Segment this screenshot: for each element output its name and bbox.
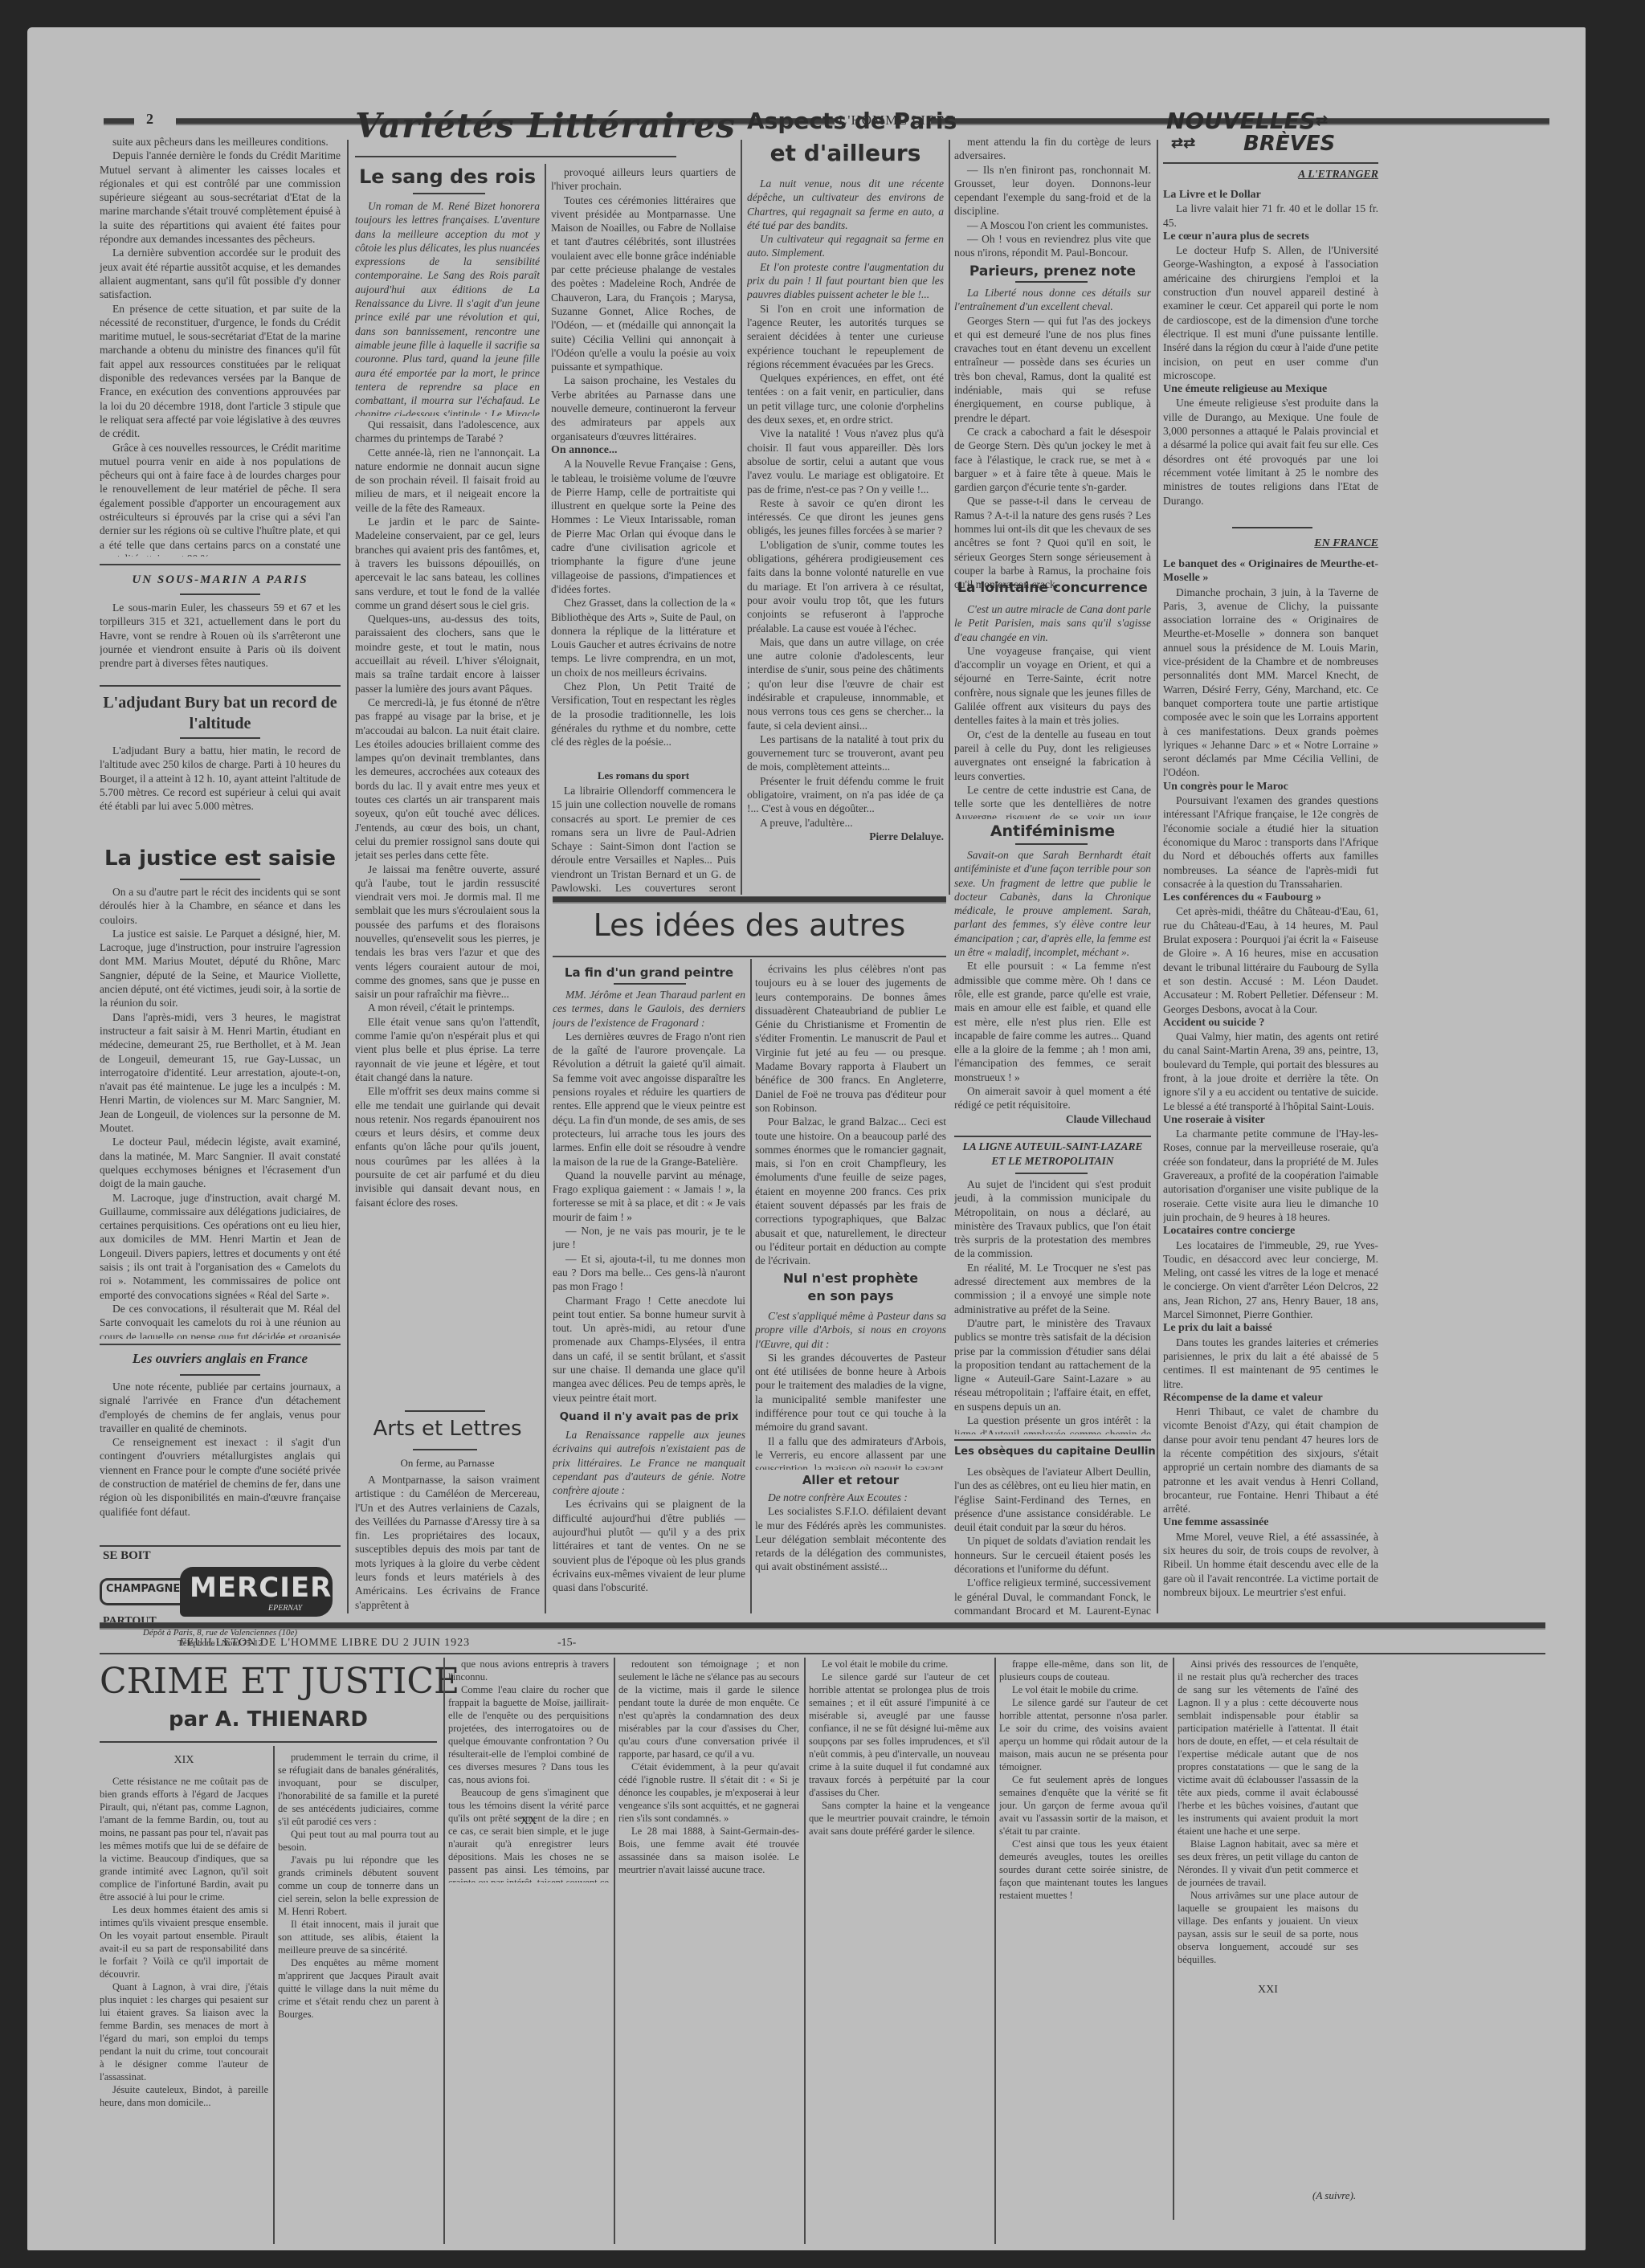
divider xyxy=(355,156,676,157)
paragraph: Il était innocent, mais il jurait que so… xyxy=(278,1918,439,1956)
paragraph: Chez Plon, Un Petit Traité de Versificat… xyxy=(551,679,736,749)
brief-text: Dimanche prochain, 3 juin, à la Taverne … xyxy=(1163,585,1378,780)
column-divider xyxy=(750,959,752,1613)
paragraph: De notre confrère Aux Ecoutes : xyxy=(755,1491,946,1504)
article-text: La librairie Ollendorff commencera le 15… xyxy=(551,784,736,896)
brief-title: La Livre et le Dollar xyxy=(1163,188,1378,202)
paragraph: Il a fallu que des admirateurs d'Arbois,… xyxy=(755,1434,946,1470)
column-divider xyxy=(545,164,546,1232)
paragraph: Une voyageuse française, qui vient d'acc… xyxy=(954,644,1151,728)
ligne-heading-1: LA LIGNE AUTEUIL-SAINT-LAZARE xyxy=(954,1140,1151,1153)
paragraph: écrivains les plus célèbres n'ont pas to… xyxy=(755,962,946,1115)
paragraph: que nous avions entrepris à travers l'in… xyxy=(448,1658,609,1683)
concurrence-heading: La lointaine concurrence xyxy=(954,580,1151,596)
paragraph: Une note récente, publiée par certains j… xyxy=(100,1380,341,1435)
ouvriers-heading: Les ouvriers anglais en France xyxy=(100,1351,341,1367)
paragraph: Ce renseignement est inexact : il s'agit… xyxy=(100,1435,341,1519)
paragraph: Georges Stern — qui fut l'as des jockeys… xyxy=(954,314,1151,425)
brief-text: La livre valait hier 71 fr. 40 et le dol… xyxy=(1163,202,1378,230)
ligne-text: Au sujet de l'incident qui s'est produit… xyxy=(954,1177,1151,1434)
paragraph: La Liberté nous donne ces détails sur l'… xyxy=(954,286,1151,314)
paragraph: De ces convocations, il résulterait que … xyxy=(100,1302,341,1339)
paragraph: A la Nouvelle Revue Française : Gens, le… xyxy=(551,457,736,596)
paragraph: Toutes ces cérémonies littéraires que vi… xyxy=(551,194,736,374)
paragraph: En présence de cette situation, et par s… xyxy=(100,302,341,441)
paragraph: Les partisans de la natalité à tout prix… xyxy=(747,732,944,774)
brief-text: Dans toutes les grandes laiteries et cré… xyxy=(1163,1336,1378,1391)
paragraph: Mais, que dans un autre village, on crée… xyxy=(747,635,944,732)
varietes-col2: provoqué ailleurs leurs quartiers de l'h… xyxy=(551,165,736,792)
divider xyxy=(100,564,341,565)
arts-heading: Arts et Lettres xyxy=(355,1417,540,1441)
ad-brand: MERCIER xyxy=(190,1572,332,1604)
ad-city: EPERNAY xyxy=(268,1604,302,1613)
feuilleton-title: CRIME ET JUSTICE xyxy=(100,1661,437,1702)
brief-title: Une femme assassinée xyxy=(1163,1515,1378,1529)
paragraph: Quand il n'y avait pas de prix... xyxy=(553,1405,745,1405)
chapter-heading: XIX xyxy=(100,1754,268,1767)
sousmarin-heading: UN SOUS-MARIN A PARIS xyxy=(100,573,341,587)
arts-subheading: On ferme, au Parnasse xyxy=(355,1457,540,1470)
paragraph: L'office religieux terminé, successiveme… xyxy=(954,1576,1151,1617)
mercier-advertisement[interactable]: SE BOIT CHAMPAGNE MERCIER EPERNAY PARTOU… xyxy=(100,1549,341,1650)
brief-text: Les locataires de l'immeuble, 29, rue Yv… xyxy=(1163,1238,1378,1322)
divider xyxy=(413,1449,477,1450)
feuilleton-number: -15- xyxy=(557,1637,576,1650)
paragraph: Le centre de cette industrie est Cana, d… xyxy=(954,783,1151,819)
feuilleton-col4: redoutent son témoignage ; et non seulem… xyxy=(618,1658,799,2244)
paragraph: — Ils n'en finiront pas, ronchonnait M. … xyxy=(954,163,1151,218)
divider xyxy=(180,594,260,595)
paragraph: A preuve, l'adultère... xyxy=(747,816,944,830)
paragraph: A mon réveil, c'était le printemps. xyxy=(355,1001,540,1014)
paragraph: Ainsi privés des ressources de l'enquête… xyxy=(1178,1658,1358,1838)
feuilleton-header: FEUILLETON DE L'HOMME LIBRE DU 2 JUIN 19… xyxy=(180,1637,470,1650)
paragraph: — Et si, ajouta-t-il, tu me donnes mon e… xyxy=(553,1252,745,1294)
paragraph: Reste à savoir ce qu'en diront les intér… xyxy=(747,496,944,538)
brief-text: Le docteur Hufp S. Allen, de l'Universit… xyxy=(1163,243,1378,382)
divider xyxy=(180,1374,260,1376)
paragraph: En réalité, M. Le Trocquer ne s'est pas … xyxy=(954,1261,1151,1316)
paragraph: — Non, je ne vais pas mourir, je te le j… xyxy=(553,1224,745,1252)
brief-title: Le prix du lait a baissé xyxy=(1163,1321,1378,1335)
brief-text: Henri Thibaut, ce valet de chambre du vi… xyxy=(1163,1405,1378,1515)
brief-title: Locataires contre concierge xyxy=(1163,1224,1378,1238)
feuilleton-col3b xyxy=(448,1834,609,2244)
paragraph: Quelques expériences, en effet, ont été … xyxy=(747,371,944,426)
paragraph: Je laissai ma fenêtre ouverte, assuré qu… xyxy=(355,863,540,1001)
paragraph: La nuit venue, nous dit une récente dépê… xyxy=(747,177,944,232)
newspaper-page: 2 L'HOMME LIBRE suite aux pêcheurs dans … xyxy=(27,27,1586,2250)
divider xyxy=(180,879,260,880)
divider xyxy=(1015,281,1088,283)
paragraph: Qui ressaisit, dans l'adolescence, aux c… xyxy=(355,418,540,446)
feuilleton-author: par A. THIENARD xyxy=(100,1707,437,1732)
bury-text: L'adjudant Bury a battu, hier matin, le … xyxy=(100,744,341,840)
divider xyxy=(413,193,485,194)
ligne-heading-2: ET LE METROPOLITAIN xyxy=(954,1155,1151,1168)
divider xyxy=(614,983,686,985)
paragraph: Dans l'après-midi, vers 3 heures, le mag… xyxy=(100,1010,341,1136)
breves-banner-line2: BRÈVES xyxy=(1243,132,1335,156)
idees-col2: écrivains les plus célèbres n'ont pas to… xyxy=(755,962,946,1267)
breves-banner: NOUVELLES ⇄ ⇄⇄ BRÈVES xyxy=(1163,108,1380,156)
brief-title: Récompense de la dame et valeur xyxy=(1163,1391,1378,1405)
paragraph: Le silence gardé sur l'auteur de cet hor… xyxy=(809,1670,990,1799)
column-divider xyxy=(545,1232,546,1613)
paragraph: Un piquet de soldats d'aviation rendait … xyxy=(954,1534,1151,1576)
brief-title: Les conférences du « Faubourg » xyxy=(1163,891,1378,904)
paragraph: Les obsèques de l'aviateur Albert Deulli… xyxy=(954,1465,1151,1534)
prix-heading: Quand il n'y avait pas de prix xyxy=(553,1410,745,1423)
paragraph: Quelques-uns, au-dessus des toits, parai… xyxy=(355,612,540,695)
paragraph: Quant à Lagnon, à vrai dire, j'étais plu… xyxy=(100,1980,268,2083)
column-divider xyxy=(273,1746,275,2244)
prophete-heading-2: en son pays xyxy=(755,1288,946,1303)
aspects-heading-line2: et d'ailleurs xyxy=(747,140,944,166)
column-divider xyxy=(804,1658,806,2244)
section-rule xyxy=(100,1622,1545,1630)
column-divider xyxy=(347,140,349,1613)
paragraph: frappe elle-même, dans son lit, de plusi… xyxy=(999,1658,1168,1683)
arrows-icon: ⇄ xyxy=(1316,112,1328,129)
paragraph: Depuis l'année dernière le fonds du Créd… xyxy=(100,149,341,246)
paragraph: Le jardin et le parc de Sainte-Madeleine… xyxy=(355,515,540,612)
article-text: L'adjudant Bury a battu, hier matin, le … xyxy=(100,744,341,813)
paragraph: Sans compter la haine et la vengeance qu… xyxy=(809,1799,990,1838)
paragraph: Des enquêtes au même moment m'apprirent … xyxy=(278,1956,439,2021)
aspects-heading-line1: Aspects de Paris xyxy=(747,108,944,134)
brief-text: Une émeute religieuse s'est produite dan… xyxy=(1163,396,1378,507)
paragraph: Nous arrivâmes sur une place autour de l… xyxy=(1178,1889,1358,1966)
paragraph: Que se passe-t-il dans le cerveau de Ram… xyxy=(954,494,1151,591)
divider xyxy=(100,1741,437,1743)
column-divider xyxy=(949,140,950,895)
brief-title: Une roseraie à visiter xyxy=(1163,1113,1378,1127)
header-rule-left xyxy=(104,118,134,125)
paragraph: Charmant Frago ! Cette anecdote lui pein… xyxy=(553,1294,745,1405)
feuilleton-col7: Ainsi privés des ressources de l'enquête… xyxy=(1178,1658,1358,1979)
divider xyxy=(180,737,260,739)
paragraph: — A Moscou l'on crient les communistes. xyxy=(954,218,1151,232)
paragraph: Le vol était le mobile du crime. xyxy=(809,1658,990,1670)
paragraph: Elle était venue sans qu'on l'attendît, … xyxy=(355,1015,540,1084)
paragraph: La dernière subvention accordée sur le p… xyxy=(100,246,341,301)
section-rule xyxy=(553,896,946,904)
arts-text: A Montparnasse, la saison vraiment artis… xyxy=(355,1473,540,1613)
paragraph: Quand la nouvelle parvint au ménage, Fra… xyxy=(553,1169,745,1224)
paragraph: Or, c'est de la dentelle au fuseau en to… xyxy=(954,728,1151,783)
paragraph: ment attendu la fin du cortège de leurs … xyxy=(954,135,1151,163)
paragraph: Chez Grasset, dans la collection de la «… xyxy=(551,596,736,679)
varietes-banner: Variétés Littéraires xyxy=(355,106,676,145)
divider xyxy=(1015,843,1088,845)
divider xyxy=(553,956,946,957)
paragraph: Ce crack a cabochard a fait le désespoir… xyxy=(954,425,1151,494)
paragraph: La Renaissance rappelle aux jeunes écriv… xyxy=(553,1428,745,1497)
sport-text: La librairie Ollendorff commencera le 15… xyxy=(551,784,736,896)
brief-title: Une émeute religieuse au Mexique xyxy=(1163,382,1378,396)
brief-text: La charmante petite commune de l'Hay-les… xyxy=(1163,1127,1378,1224)
justice-text: On a su d'autre part le récit des incide… xyxy=(100,885,341,1339)
brief-title: Un congrès pour le Maroc xyxy=(1163,780,1378,793)
paragraph: Les écrivains qui se plaignent de la dif… xyxy=(553,1497,745,1594)
breves-banner-line1: NOUVELLES xyxy=(1166,108,1316,134)
brief-title: Accident ou suicide ? xyxy=(1163,1016,1378,1030)
paragraph: Si les grandes découvertes de Pasteur on… xyxy=(755,1351,946,1434)
idees-banner: Les idées des autres xyxy=(553,908,946,943)
sousmarin-text: Le sous-marin Euler, les chasseurs 59 et… xyxy=(100,601,341,681)
column-divider xyxy=(1157,140,1158,1613)
obseques-text: Les obsèques de l'aviateur Albert Deulli… xyxy=(954,1465,1151,1617)
paragraph: D'autre part, le ministère des Travaux p… xyxy=(954,1316,1151,1413)
bottle-icon: CHAMPAGNE MERCIER EPERNAY xyxy=(100,1567,333,1613)
prophete-text: C'est s'appliqué même à Pasteur dans sa … xyxy=(755,1309,946,1470)
paragraph: La question présente un gros intérêt : l… xyxy=(954,1413,1151,1434)
divider xyxy=(100,1653,1545,1654)
paragraph: Vive la natalité ! Vous n'avez plus qu'à… xyxy=(747,426,944,496)
feuilleton-col5: Le vol était le mobile du crime.Le silen… xyxy=(809,1658,990,2244)
paragraph: C'était évidemment, à la peur qu'avait c… xyxy=(618,1760,799,1825)
divider xyxy=(405,1410,485,1412)
article-text: Un roman de M. René Bizet honorera toujo… xyxy=(355,199,540,416)
paragraph: Pour Balzac, le grand Balzac... Ceci est… xyxy=(755,1115,946,1267)
paragraph: Ce fut seulement après de longues semain… xyxy=(999,1773,1168,1838)
aller-heading: Aller et retour xyxy=(755,1473,946,1487)
paragraph: Le silence gardé sur l'auteur de cet hor… xyxy=(999,1696,1168,1773)
paragraph: Le docteur Paul, médecin légiste, avait … xyxy=(100,1135,341,1190)
paragraph: Si l'on en croit une information de l'ag… xyxy=(747,302,944,371)
fin-peintre-heading: La fin d'un grand peintre xyxy=(553,965,745,980)
divider xyxy=(1232,527,1312,528)
paragraph: C'est ainsi que tous les yeux étaient de… xyxy=(999,1838,1168,1902)
article-text: Le sous-marin Euler, les chasseurs 59 et… xyxy=(100,601,341,670)
paragraph: Cette résistance ne me coûtait pas de bi… xyxy=(100,1775,268,1903)
paragraph: Cette année-là, rien ne l'annonçait. La … xyxy=(355,446,540,515)
paragraph: On aimerait savoir à quel moment a été r… xyxy=(954,1084,1151,1112)
divider xyxy=(954,1439,1151,1441)
ad-bottle-label: CHAMPAGNE xyxy=(106,1583,180,1595)
aspects-col2-top: ment attendu la fin du cortège de leurs … xyxy=(954,135,1151,263)
justice-heading: La justice est saisie xyxy=(100,846,341,871)
paragraph: Elle m'offrit ses deux mains comme si el… xyxy=(355,1084,540,1209)
aspects-text: La nuit venue, nous dit une récente dépê… xyxy=(747,177,944,891)
a-suivre: (A suivre). xyxy=(1312,2189,1356,2202)
paragraph: J'avais pu lui répondre que les grands c… xyxy=(278,1854,439,1918)
column-divider xyxy=(994,1658,996,2244)
column-divider xyxy=(443,1658,445,2244)
etranger-heading: A L'ETRANGER xyxy=(1163,169,1378,182)
column-divider xyxy=(741,140,742,895)
paragraph: Le vol était le mobile du crime. xyxy=(999,1683,1168,1696)
antifeminisme-heading: Antiféminisme xyxy=(954,822,1151,840)
divider xyxy=(954,1136,1151,1137)
paragraph: Comme l'eau claire du rocher que frappai… xyxy=(448,1683,609,1786)
arrows-icon: ⇄⇄ xyxy=(1171,135,1195,152)
paragraph: Et elle poursuit : « La femme n'est admi… xyxy=(954,959,1151,1084)
sang-intro: Un roman de M. René Bizet honorera toujo… xyxy=(355,199,540,416)
sang-text: Qui ressaisit, dans l'adolescence, aux c… xyxy=(355,418,540,1407)
paragraph: prudemment le terrain du crime, il se ré… xyxy=(278,1751,439,1828)
paragraph: Les socialistes S.F.I.O. défilaient deva… xyxy=(755,1504,946,1573)
paragraph: Blaise Lagnon habitait, avec sa mère et … xyxy=(1178,1838,1358,1889)
page-number: 2 xyxy=(146,111,153,128)
paragraph: Le 28 mai 1888, à Saint-Germain-des-Bois… xyxy=(618,1825,799,1876)
obseques-heading: Les obsèques du capitaine Deullin xyxy=(954,1446,1151,1458)
paragraph: Un cultivateur qui regagnait sa ferme en… xyxy=(747,232,944,260)
paragraph: La justice est saisie. Le Parquet a dési… xyxy=(100,927,341,1010)
paragraph: L'obligation de s'unir, comme toutes les… xyxy=(747,538,944,635)
brief-text: Cet après-midi, théâtre du Château-d'Eau… xyxy=(1163,904,1378,1015)
france-heading: EN FRANCE xyxy=(1163,537,1378,550)
divider xyxy=(100,685,341,687)
paragraph: MM. Jérôme et Jean Tharaud parlent en ce… xyxy=(553,988,745,1030)
sport-heading: Les romans du sport xyxy=(551,769,736,782)
feuilleton-col6: frappe elle-même, dans son lit, de plusi… xyxy=(999,1658,1168,2220)
sang-heading: Le sang des rois xyxy=(355,165,540,188)
paragraph: Les deux hommes étaient des amis si inti… xyxy=(100,1903,268,1980)
paragraph: Claude Villechaud xyxy=(954,1112,1151,1126)
parieurs-heading: Parieurs, prenez note xyxy=(954,263,1151,279)
feuilleton-col2: prudemment le terrain du crime, il se ré… xyxy=(278,1751,439,2241)
paragraph: Grâce à ces nouvelles ressources, le Cré… xyxy=(100,441,341,557)
column-divider xyxy=(614,1658,615,2244)
paragraph: Et l'on proteste contre l'augmentation d… xyxy=(747,260,944,302)
divider xyxy=(100,1545,341,1547)
paragraph: Les dernières œuvres de Frago n'ont rien… xyxy=(553,1030,745,1169)
divider xyxy=(100,1344,341,1345)
ouvriers-text: Une note récente, publiée par certains j… xyxy=(100,1380,341,1540)
column-divider xyxy=(1173,1658,1174,2220)
paragraph: redoutent son témoignage ; et non seulem… xyxy=(618,1658,799,1760)
parieurs-text: La Liberté nous donne ces détails sur l'… xyxy=(954,286,1151,606)
paragraph: Au sujet de l'incident qui s'est produit… xyxy=(954,1177,1151,1261)
paragraph: provoqué ailleurs leurs quartiers de l'h… xyxy=(551,165,736,194)
ad-top-text: SE BOIT xyxy=(103,1549,151,1563)
paragraph: La saison prochaine, les Vestales du Ver… xyxy=(551,373,736,443)
concurrence-text: C'est un autre miracle de Cana dont parl… xyxy=(954,602,1151,819)
prix-text: La Renaissance rappelle aux jeunes écriv… xyxy=(553,1428,745,1614)
paragraph: A Montparnasse, la saison vraiment artis… xyxy=(355,1473,540,1612)
paragraph: C'est un autre miracle de Cana dont parl… xyxy=(954,602,1151,644)
fin-peintre-text: MM. Jérôme et Jean Tharaud parlent en ce… xyxy=(553,988,745,1405)
paragraph: On annonce... xyxy=(551,443,736,457)
paragraph: Pierre Delaluye. xyxy=(747,830,944,843)
feuilleton-col7b xyxy=(1178,2003,1358,2188)
paragraph: Ce mercredi-là, je fus étonné de n'être … xyxy=(355,695,540,863)
brief-title: Le cœur n'aura plus de secrets xyxy=(1163,230,1378,243)
brief-text: Mme Morel, veuve Riel, a été assassinée,… xyxy=(1163,1530,1378,1599)
paragraph: Présenter le fruit défendu comme le frui… xyxy=(747,774,944,816)
aller-text: De notre confrère Aux Ecoutes :Les socia… xyxy=(755,1491,946,1613)
feuilleton-col1: Cette résistance ne me coûtait pas de bi… xyxy=(100,1775,268,2241)
brief-text: Quai Valmy, hier matin, des agents ont r… xyxy=(1163,1030,1378,1113)
breves-france-list: Le banquet des « Originaires de Meurthe-… xyxy=(1163,557,1378,1613)
bury-heading: L'adjudant Bury bat un record de l'altit… xyxy=(100,692,341,734)
paragraph: C'est s'appliqué même à Pasteur dans sa … xyxy=(755,1309,946,1351)
chapter-heading: XXI xyxy=(1178,1984,1358,1997)
paragraph: Jésuite cauteleux, Bindot, à pareille he… xyxy=(100,2083,268,2109)
antifeminisme-text: Savait-on que Sarah Bernhardt était anti… xyxy=(954,848,1151,1129)
prophete-heading-1: Nul n'est prophète xyxy=(755,1271,946,1286)
divider xyxy=(1015,1173,1088,1174)
column-1-intro: suite aux pêcheurs dans les meilleures c… xyxy=(100,135,341,557)
paragraph: suite aux pêcheurs dans les meilleures c… xyxy=(100,135,341,149)
paragraph: On a su d'autre part le récit des incide… xyxy=(100,885,341,927)
chapter-heading: XX xyxy=(448,1815,609,1828)
divider xyxy=(1163,162,1378,164)
brief-text: Poursuivant l'examen des grandes questio… xyxy=(1163,793,1378,891)
brief-title: Le banquet des « Originaires de Meurthe-… xyxy=(1163,557,1378,585)
paragraph: Savait-on que Sarah Bernhardt était anti… xyxy=(954,848,1151,959)
paragraph: — Oh ! vous en reviendrez plus vite que … xyxy=(954,232,1151,260)
paragraph: Qui peut tout au mal pourra tout au beso… xyxy=(278,1828,439,1854)
paragraph: M. Lacroque, juge d'instruction, avait c… xyxy=(100,1191,341,1302)
breves-etranger-list: La Livre et le DollarLa livre valait hie… xyxy=(1163,188,1378,533)
